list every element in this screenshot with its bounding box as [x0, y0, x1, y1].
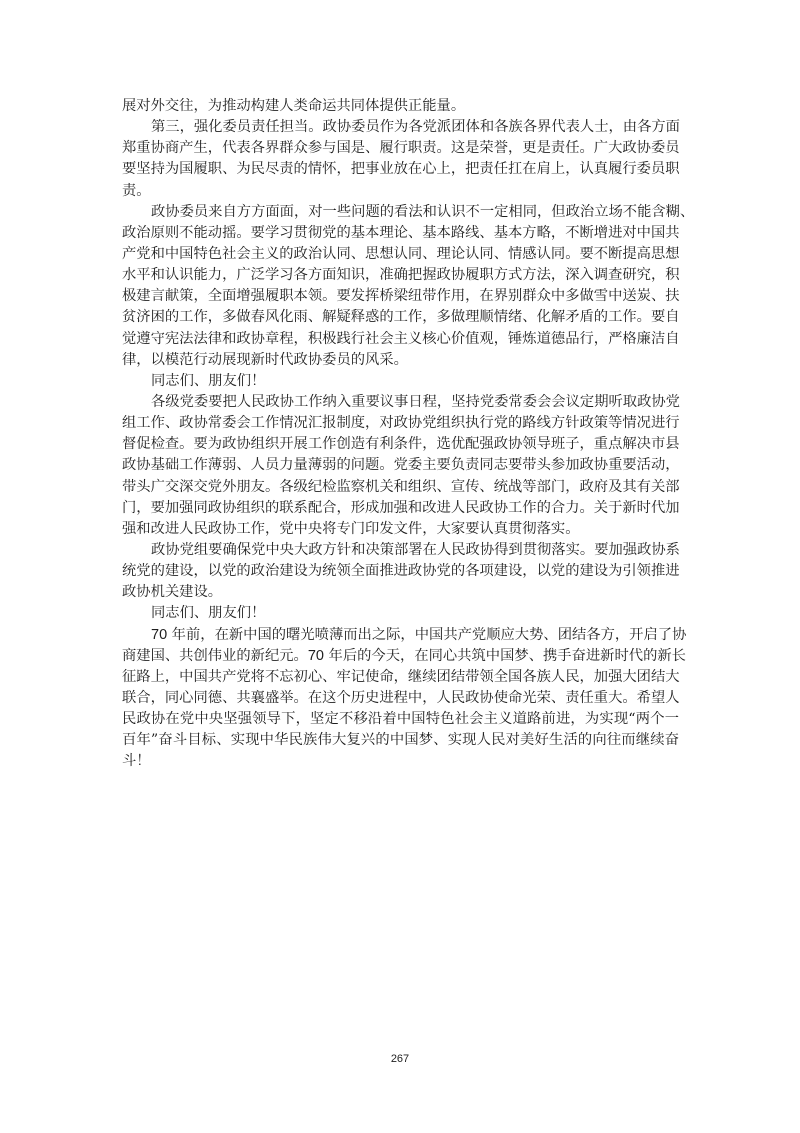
text-segment: 商建国、共创伟业的新纪元。 [122, 648, 308, 664]
text-line: 征路上，中国共产党将不忘初心、牢记使命，继续团结带领全国各族人民，加强大团结大 [122, 667, 679, 688]
text-line: 强和改进人民政协工作，党中央将专门印发文件，大家要认真贯彻落实。 [122, 519, 679, 540]
text-line: 各级党委要把人民政协工作纳入重要议事日程，坚持党委常委会会议定期听取政协党 [122, 392, 679, 413]
text-line: 政治原则不能动摇。要学习贯彻党的基本理论、基本路线、基本方略，不断增进对中国共 [122, 223, 679, 244]
paragraph: 政协委员来自方方面面，对一些问题的看法和认识不一定相同，但政治立场不能含糊、 政… [122, 202, 679, 371]
text-line: 统党的建设，以党的政治建设为统领全面推进政协党的各项建设，以党的建设为引领推进 [122, 561, 679, 582]
text-line: 斗！ [122, 751, 679, 772]
paragraph: 第三，强化委员责任担当。政协委员作为各党派团体和各族各界代表人士，由各方面 郑重… [122, 117, 679, 202]
text-line: 门，要加强同政协组织的联系配合，形成加强和改进人民政协工作的合力。关于新时代加 [122, 498, 679, 519]
text-line: 觉遵守宪法法律和政协章程，积极践行社会主义核心价值观，锤炼道德品行，严格廉洁自 [122, 329, 679, 350]
text-line: 商建国、共创伟业的新纪元。70 年后的今天，在同心共筑中国梦、携手奋进新时代的新… [122, 646, 679, 667]
text-line: 产党和中国特色社会主义的政治认同、思想认同、理论认同、情感认同。要不断提高思想 [122, 244, 679, 265]
text-segment: 年后的今天，在同心共筑中国梦、携手奋进新时代的新长 [324, 648, 686, 664]
text-line: 律，以模范行动展现新时代政协委员的风采。 [122, 350, 679, 371]
text-line: 带头广交深交党外朋友。各级纪检监察机关和组织、宣传、统战等部门，政府及其有关部 [122, 477, 679, 498]
number-text: 70 [151, 627, 167, 643]
text-line: 同志们、朋友们！ [122, 371, 679, 392]
text-line: 督促检查。要为政协组织开展工作创造有利条件，选优配强政协领导班子，重点解决市县 [122, 434, 679, 455]
text-line: 政协委员来自方方面面，对一些问题的看法和认识不一定相同，但政治立场不能含糊、 [122, 202, 679, 223]
text-line: 70 年前，在新中国的曙光喷薄而出之际，中国共产党顺应大势、团结各方，开启了协 [122, 625, 679, 646]
text-line: 水平和认识能力，广泛学习各方面知识，准确把握政协履职方式方法，深入调查研究，积 [122, 265, 679, 286]
text-segment: 年前，在新中国的曙光喷薄而出之际，中国共产党顺应大势、团结各方，开启了协 [167, 627, 686, 643]
number-text: 70 [308, 648, 324, 664]
text-line: 政协党组要确保党中央大政方针和决策部署在人民政协得到贯彻落实。要加强政协系 [122, 540, 679, 561]
text-line: 郑重协商产生，代表各界群众参与国是、履行职责。这是荣誉，更是责任。广大政协委员 [122, 138, 679, 159]
text-line: 极建言献策，全面增强履职本领。要发挥桥梁纽带作用，在界别群众中多做雪中送炭、扶 [122, 286, 679, 307]
salutation: 同志们、朋友们！ [122, 603, 679, 624]
document-page: 展对外交往，为推动构建人类命运共同体提供正能量。 第三，强化委员责任担当。政协委… [0, 0, 800, 1133]
text-line: 百年”奋斗目标、实现中华民族伟大复兴的中国梦、实现人民对美好生活的向往而继续奋 [122, 730, 679, 751]
text-line: 贫济困的工作，多做春风化雨、解疑释惑的工作，多做理顺情绪、化解矛盾的工作。要自 [122, 307, 679, 328]
text-line: 要坚持为国履职、为民尽责的情怀，把事业放在心上，把责任扛在肩上，认真履行委员职 [122, 159, 679, 180]
text-line: 民政协在党中央坚强领导下，坚定不移沿着中国特色社会主义道路前进，为实现“两个一 [122, 709, 679, 730]
text-line: 第三，强化委员责任担当。政协委员作为各党派团体和各族各界代表人士，由各方面 [122, 117, 679, 138]
text-line: 同志们、朋友们！ [122, 603, 679, 624]
text-line: 展对外交往，为推动构建人类命运共同体提供正能量。 [122, 96, 679, 117]
paragraph: 展对外交往，为推动构建人类命运共同体提供正能量。 [122, 96, 679, 117]
paragraph: 70 年前，在新中国的曙光喷薄而出之际，中国共产党顺应大势、团结各方，开启了协 … [122, 625, 679, 773]
text-line: 联合，同心同德、共襄盛举。在这个历史进程中，人民政协使命光荣、责任重大。希望人 [122, 688, 679, 709]
paragraph: 各级党委要把人民政协工作纳入重要议事日程，坚持党委常委会会议定期听取政协党 组工… [122, 392, 679, 540]
page-number: 267 [385, 1053, 415, 1065]
salutation: 同志们、朋友们！ [122, 371, 679, 392]
text-line: 组工作、政协常委会工作情况汇报制度，对政协党组织执行党的路线方针政策等情况进行 [122, 413, 679, 434]
body-text: 展对外交往，为推动构建人类命运共同体提供正能量。 第三，强化委员责任担当。政协委… [122, 96, 679, 773]
text-line: 政协机关建设。 [122, 582, 679, 603]
text-line: 责。 [122, 181, 679, 202]
text-line: 政协基础工作薄弱、人员力量薄弱的问题。党委主要负责同志要带头参加政协重要活动， [122, 455, 679, 476]
paragraph: 政协党组要确保党中央大政方针和决策部署在人民政协得到贯彻落实。要加强政协系 统党… [122, 540, 679, 603]
